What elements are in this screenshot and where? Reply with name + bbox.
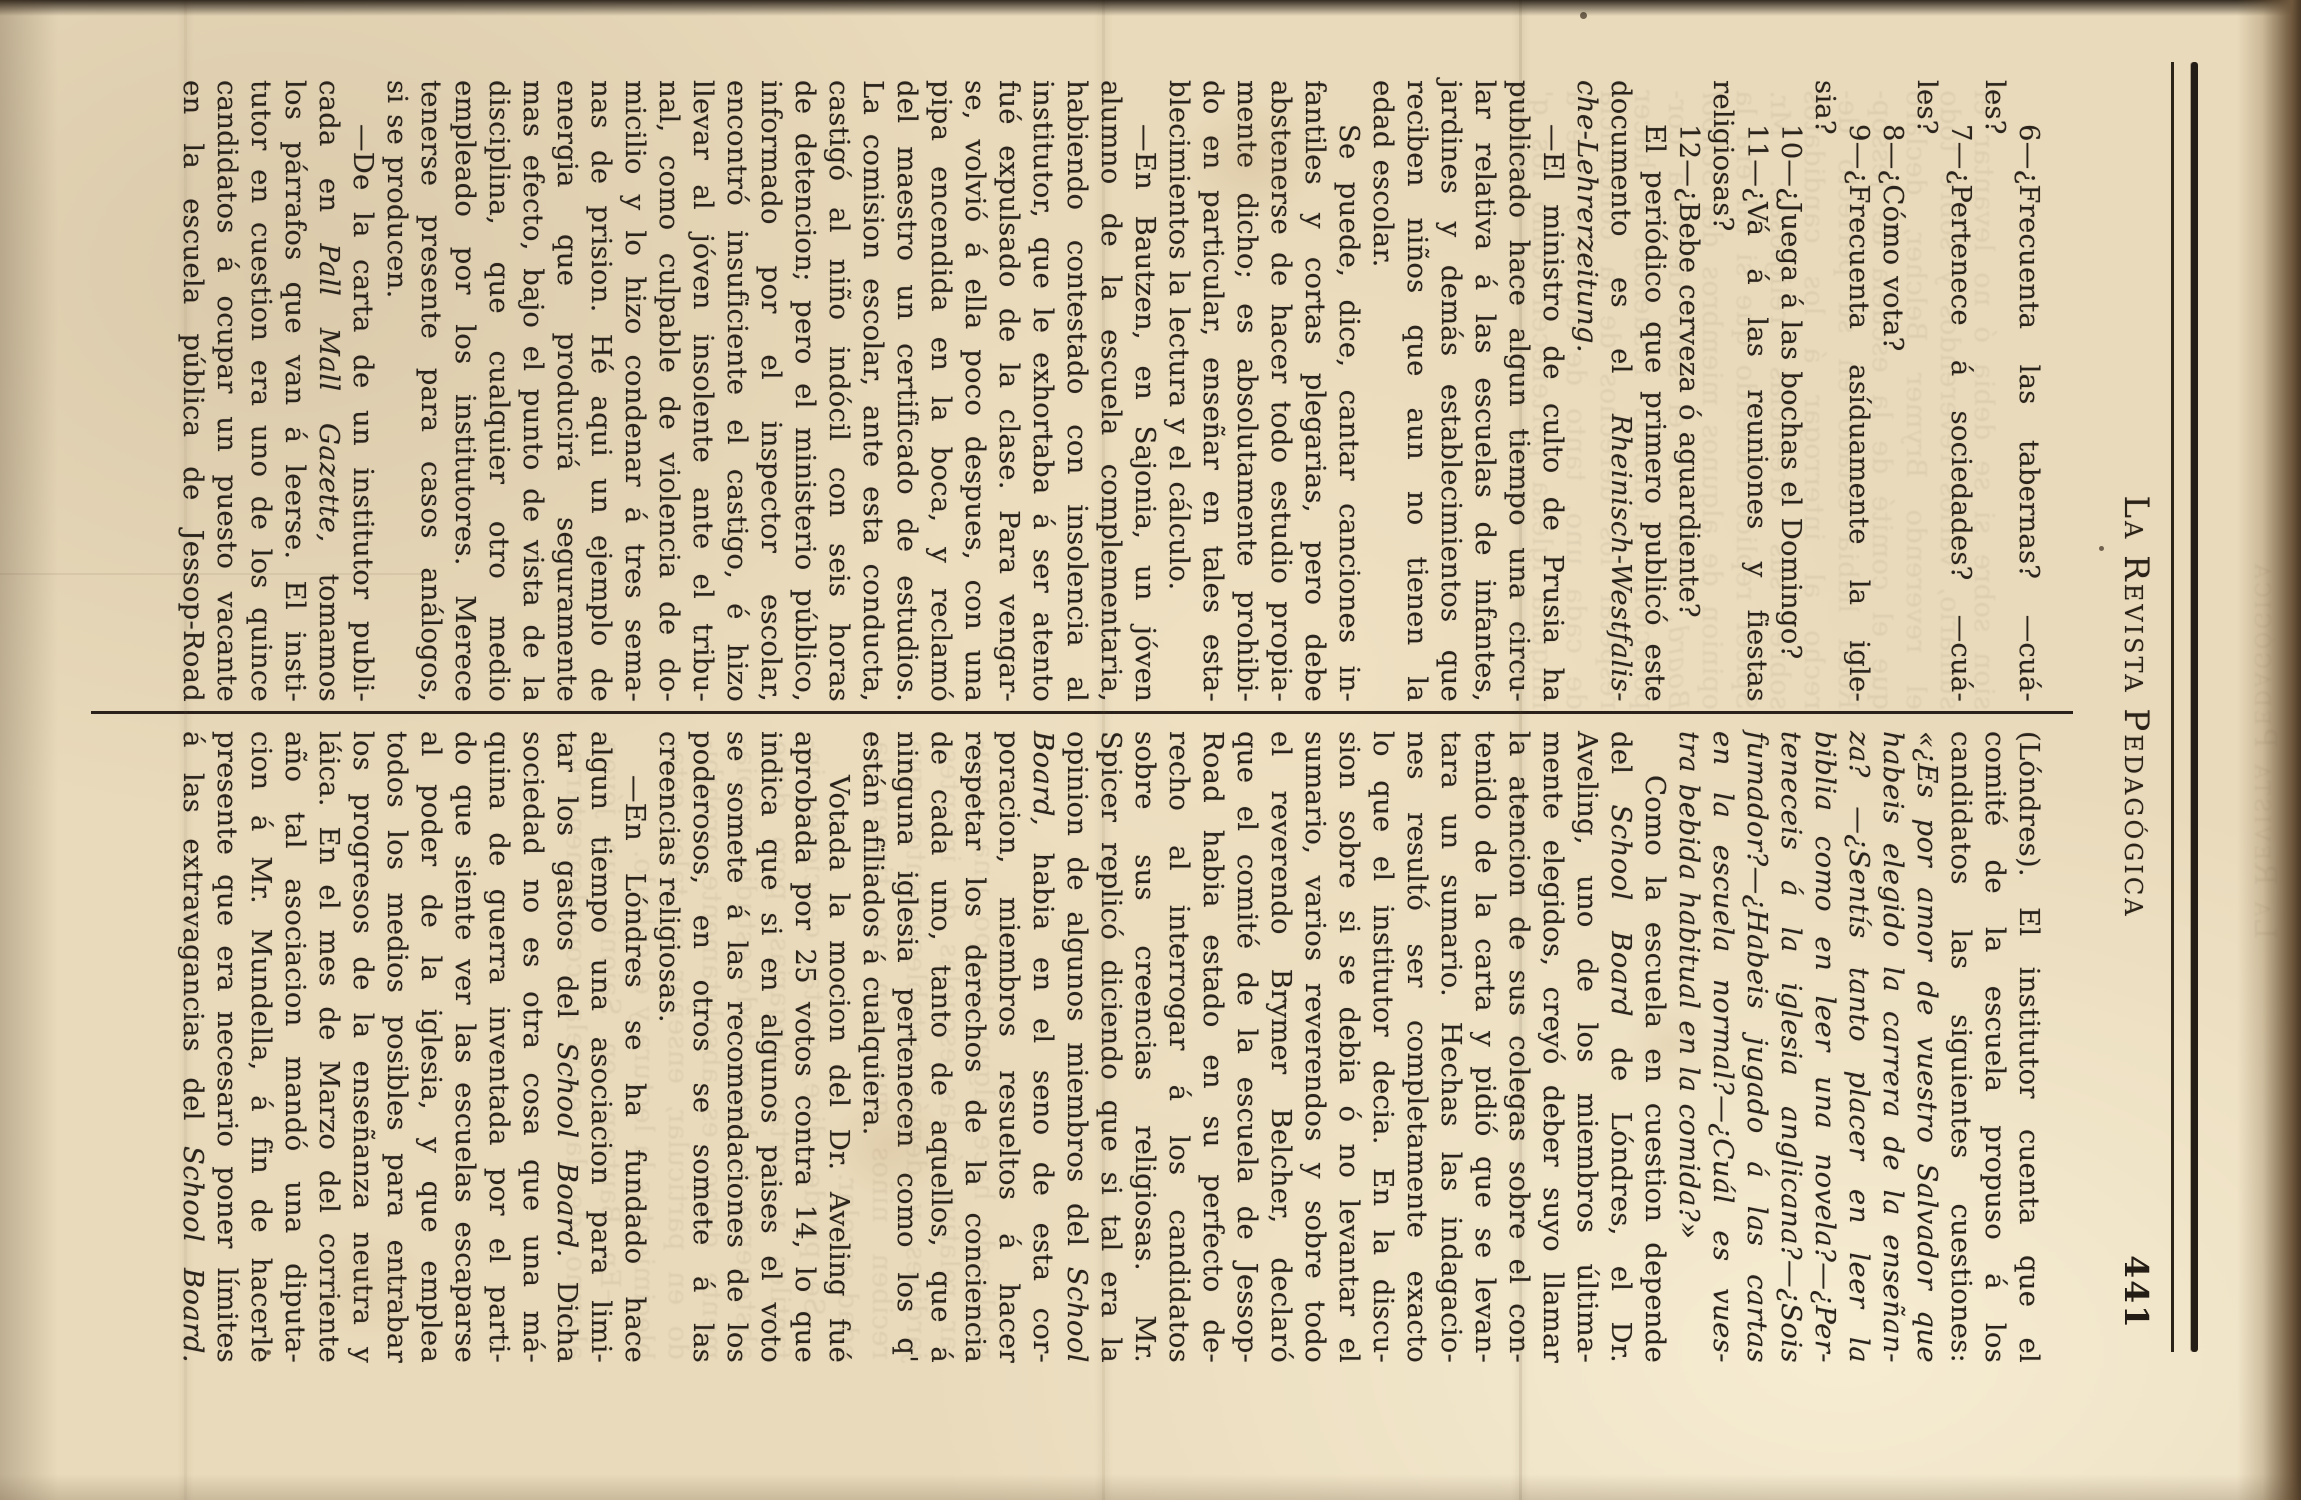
text-line: publicado hace algun tiempo una circu-: [1502, 80, 1536, 702]
text-line: abstenerse de hacer todo estudio propia-: [1264, 80, 1298, 702]
text-line: 8—¿Cómo vota?: [1876, 80, 1910, 702]
text-line: tra bebida habitual en la comida?»: [1672, 731, 1706, 1363]
text-line: energia que producirá seguramente: [550, 80, 584, 702]
text-line: del maestro un certificado de estudios.: [890, 80, 924, 702]
text-line: mente elegidos, creyó deber suyo llamar: [1536, 731, 1570, 1363]
text-line: alumno de la escuela complementaria,: [1094, 80, 1128, 702]
text-line: indica que si en algunos paises el voto: [754, 731, 788, 1363]
text-line: —En Lóndres se ha fundado hace: [618, 731, 652, 1363]
text-line: sia?: [1808, 80, 1842, 702]
text-line: jardines y demás establecimientos que: [1434, 80, 1468, 702]
text-line: mas efecto, bajo el punto de vista de la: [516, 80, 550, 702]
text-line: documento es el Rheinisch-Westfalis-: [1604, 80, 1638, 702]
journal-page: La Revista Pedagógica La Revista Pedagóg…: [0, 0, 2301, 1500]
text-line: presente que era necesario poner límites: [210, 731, 244, 1363]
text-line: El periódico que primero publicó este: [1638, 80, 1672, 702]
column-right: (Lóndres). El institutor cuenta que elco…: [176, 731, 2046, 1363]
text-line: 10—¿Juega á las bochas el Domingo?: [1774, 80, 1808, 702]
text-line: poracion, miembros resueltos á hacer: [992, 731, 1026, 1363]
text-line: de cada uno, tanto de aquellos, que á: [924, 731, 958, 1363]
text-line: —El ministro de culto de Prusia ha: [1536, 80, 1570, 702]
text-line: nes resultó ser completamente exacto: [1400, 731, 1434, 1363]
text-line: Votada la mocion del Dr. Aveling fué: [822, 731, 856, 1363]
text-line: cion á Mr. Mundella, á fin de hacerle: [244, 731, 278, 1363]
header-rule-thin: [2171, 62, 2174, 1352]
text-line: Se puede, dice, cantar canciones in-: [1332, 80, 1366, 702]
text-line: poderosos, en otros se somete á las: [686, 731, 720, 1363]
text-line: sumario, varios reverendos y sobre todo: [1298, 731, 1332, 1363]
column-separator-rule: [91, 711, 2073, 714]
bleedthrough-text: La Revista Pedagógica: [2245, 120, 2283, 1380]
text-line: la atencion de sus colegas sobre el con-: [1502, 731, 1536, 1363]
text-line: pipa encendida en la boca, y reclamó: [924, 80, 958, 702]
text-line: —En Bautzen, en Sajonia, un jóven: [1128, 80, 1162, 702]
text-line: á las extravagancias del School Board.: [176, 731, 210, 1363]
text-line: sociedad no es otra cosa que una má-: [516, 731, 550, 1363]
text-line: mente dicho; es absolutamente prohibi-: [1230, 80, 1264, 702]
text-line: están afiliados á cualquiera.: [856, 731, 890, 1363]
text-line: quina de guerra inventada por el parti-: [482, 731, 516, 1363]
text-line: candidatos las siguientes cuestiones:: [1944, 731, 1978, 1363]
text-line: respetar los derechos de la conciencia: [958, 731, 992, 1363]
text-line: fué expulsado de la clase. Para vengar-: [992, 80, 1026, 702]
text-line: tenerse presente para casos análogos,: [414, 80, 448, 702]
text-line: nal, como culpable de violencia de do-: [652, 80, 686, 702]
text-line: llevar al jóven insolente ante el tribu-: [686, 80, 720, 702]
text-line: se, volvió á ella poco despues, con una: [958, 80, 992, 702]
text-line: Spicer replicó diciendo que si tal era l…: [1094, 731, 1128, 1363]
text-line: «¿Es por amor de vuestro Salvador que: [1910, 731, 1944, 1363]
text-line: opinion de algunos miembros del School: [1060, 731, 1094, 1363]
page-title: La Revista Pedagógica: [2114, 62, 2158, 1352]
text-line: de detencion; pero el ministerio público…: [788, 80, 822, 702]
text-line: aprobada por 25 votos contra 14, lo que: [788, 731, 822, 1363]
text-line: láica. En el mes de Marzo del corriente: [312, 731, 346, 1363]
text-line: sobre sus creencias religiosas. Mr.: [1128, 731, 1162, 1363]
text-line: 11—¿Vá á las reuniones y fiestas: [1740, 80, 1774, 702]
text-line: za? —¿Sentís tanto placer en leer la: [1842, 731, 1876, 1363]
text-line: habiendo contestado con insolencia al: [1060, 80, 1094, 702]
page-number: 441: [2114, 1255, 2158, 1330]
text-line: todos los medios posibles para entrabar: [380, 731, 414, 1363]
text-line: los párrafos que van á leerse. El insti-: [278, 80, 312, 702]
text-line: do que siente ver las escuelas escaparse: [448, 731, 482, 1363]
text-line: ninguna iglesia pertenecen como los q': [890, 731, 924, 1363]
text-line: si se producen.: [380, 80, 414, 702]
scanned-page: La Revista Pedagógica La Revista Pedagóg…: [0, 0, 2301, 1500]
running-header: La Revista Pedagógica 441: [2114, 62, 2158, 1352]
text-line: candidatos á ocupar un puesto vacante: [210, 80, 244, 702]
text-line: tar los gastos del School Board. Dicha: [550, 731, 584, 1363]
text-line: en la escuela pública de Jessop-Road: [176, 80, 210, 702]
text-line: los progresos de la enseñanza neutra y: [346, 731, 380, 1363]
text-line: recho al interrogar á los candidatos: [1162, 731, 1196, 1363]
text-line: institutor, que le exhortaba á ser atent…: [1026, 80, 1060, 702]
text-line: micilio y lo hizo condenar á tres sema-: [618, 80, 652, 702]
text-line: informado por el inspector escolar,: [754, 80, 788, 702]
text-line: —De la carta de un institutor publi-: [346, 80, 380, 702]
text-line: 6—¿Frecuenta las tabernas? —cuá-: [2012, 80, 2046, 702]
text-line: sion sobre si se debia ó no levantar el: [1332, 731, 1366, 1363]
text-line: el reverendo Brymer Belcher, declaró: [1264, 731, 1298, 1363]
text-line: habeis elegido la carrera de la enseñan-: [1876, 731, 1910, 1363]
text-line: fantiles y cortas plegarias, pero debe: [1298, 80, 1332, 702]
text-line: año tal asociacion mandó una diputa-: [278, 731, 312, 1363]
text-line: tenido de la carta y pidió que se levan-: [1468, 731, 1502, 1363]
text-line: creencias religiosas.: [652, 731, 686, 1363]
text-line: Aveling, uno de los miembros última-: [1570, 731, 1604, 1363]
text-line: se somete á las recomendaciones de los: [720, 731, 754, 1363]
text-line: algun tiempo una asociacion para limi-: [584, 731, 618, 1363]
text-line: 7—¿Pertenece á sociedades? —cuá-: [1944, 80, 1978, 702]
text-line: cada en Pall Mall Gazette, tomamos: [312, 80, 346, 702]
text-line: Como la escuela en cuestion depende: [1638, 731, 1672, 1363]
text-line: les?: [1910, 80, 1944, 702]
text-line: lo que el institutor decia. En la discu-: [1366, 731, 1400, 1363]
text-line: blecimientos la lectura y el cálculo.: [1162, 80, 1196, 702]
text-line: lar relativa á las escuelas de infantes,: [1468, 80, 1502, 702]
text-line: (Lóndres). El institutor cuenta que el: [2012, 731, 2046, 1363]
text-line: che-Lehrerzeitung.: [1570, 80, 1604, 702]
text-line: religiosas?: [1706, 80, 1740, 702]
text-line: castigó al niño indócil con seis horas: [822, 80, 856, 702]
text-line: do en particular, enseñar en tales esta-: [1196, 80, 1230, 702]
text-line: reciben niños que aun no tienen la: [1400, 80, 1434, 702]
text-line: encontró insuficiente el castigo, é hizo: [720, 80, 754, 702]
text-line: al poder de la iglesia, y que emplea: [414, 731, 448, 1363]
text-line: del School Board de Lóndres, el Dr.: [1604, 731, 1638, 1363]
text-line: fumador?—¿Habeis jugado á las cartas: [1740, 731, 1774, 1363]
text-line: Board, habia en el seno de esta cor-: [1026, 731, 1060, 1363]
text-line: 9—¿Frecuenta asíduamente la igle-: [1842, 80, 1876, 702]
text-line: en la escuela normal?—¿Cuál es vues-: [1706, 731, 1740, 1363]
text-line: biblia como en leer una novela?—¿Per-: [1808, 731, 1842, 1363]
text-line: tutor en cuestion era uno de los quince: [244, 80, 278, 702]
text-line: empleado por los institutores. Merece: [448, 80, 482, 702]
column-left: 6—¿Frecuenta las tabernas? —cuá-les?7—¿P…: [176, 80, 2046, 702]
text-line: comité de la escuela propuso á los: [1978, 731, 2012, 1363]
text-line: que el comité de la escuela de Jessop-: [1230, 731, 1264, 1363]
text-line: teneceis á la iglesia anglicana?—¿Sois: [1774, 731, 1808, 1363]
text-line: nas de prision. Hé aqui un ejemplo de: [584, 80, 618, 702]
header-rule-thick: [2191, 62, 2198, 1352]
text-line: Road habia estado en su perfecto de-: [1196, 731, 1230, 1363]
text-line: disciplina, que cualquier otro medio: [482, 80, 516, 702]
text-line: tara un sumario. Hechas las indagacio-: [1434, 731, 1468, 1363]
text-line: edad escolar.: [1366, 80, 1400, 702]
text-line: La comision escolar, ante esta conducta,: [856, 80, 890, 702]
text-line: les?: [1978, 80, 2012, 702]
text-line: 12—¿Bebe cerveza ó aguardiente?: [1672, 80, 1706, 702]
